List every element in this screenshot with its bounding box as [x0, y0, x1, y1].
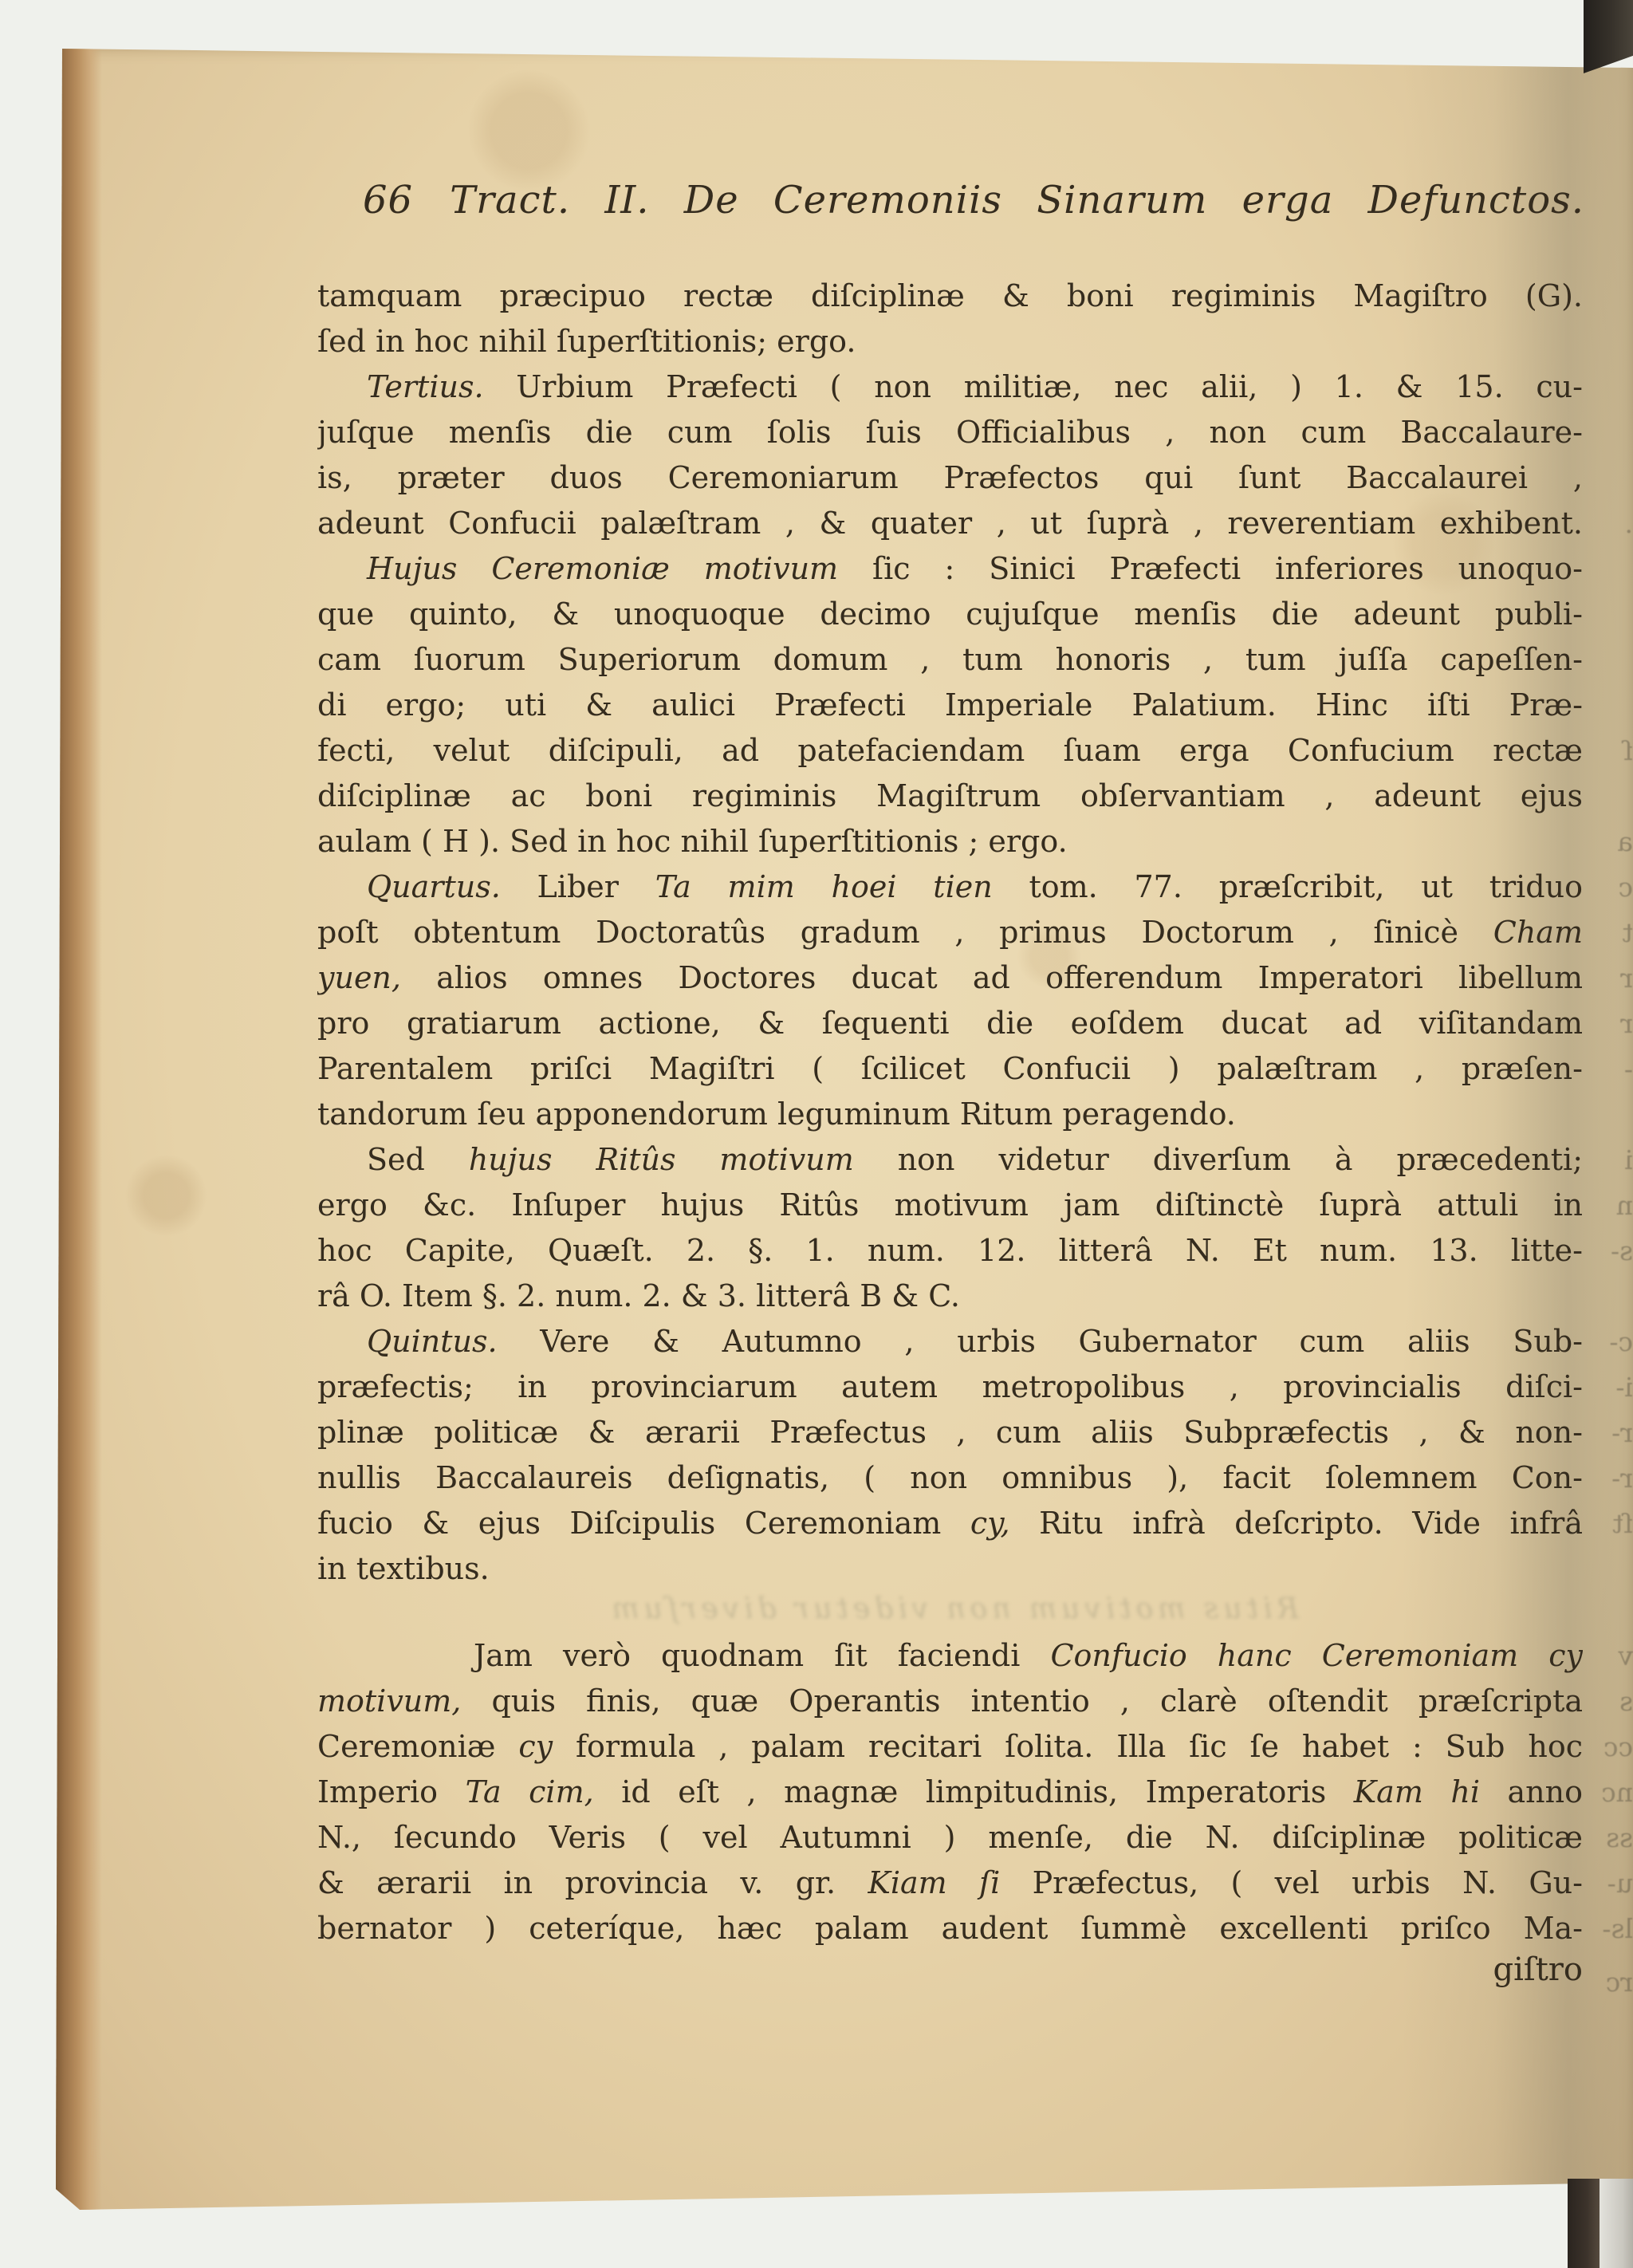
- roman-text: alios omnes Doctores ducat ad offerendum…: [401, 960, 1583, 995]
- showthrough-mark: -: [1596, 1046, 1633, 1092]
- showthrough-mark: r: [1596, 955, 1633, 1001]
- italic-text: Cham: [1493, 915, 1583, 950]
- italic-text: hujus Ritûs motivum: [469, 1142, 854, 1177]
- roman-text: poſt obtentum Doctoratûs gradum , primus…: [317, 915, 1493, 950]
- roman-text: juſque menſis die cum ſolis ſuis Officia…: [317, 415, 1583, 450]
- italic-text: Hujus Ceremoniæ motivum: [367, 551, 838, 586]
- showthrough-mark: c: [1596, 864, 1633, 910]
- running-title: Tract. II. De Ceremoniis Sinarum erga De…: [450, 178, 1584, 222]
- showthrough-mark: i-: [1596, 1364, 1633, 1410]
- roman-text: cam ſuorum Superiorum domum , tum honori…: [317, 642, 1583, 677]
- text-line: pro gratiarum actione, & ſequenti die eo…: [317, 1001, 1583, 1046]
- text-line: adeunt Confucii palæſtram , & quater , u…: [317, 501, 1583, 546]
- roman-text: Liber: [501, 869, 655, 904]
- book-page: 66 Tract. II. De Ceremoniis Sinarum erga…: [56, 44, 1633, 2217]
- text-line: râ O. Item §. 2. num. 2. & 3. litterâ B …: [317, 1274, 1583, 1319]
- roman-text: diſciplinæ ac boni regiminis Magiſtrum o…: [317, 778, 1583, 813]
- text-line: Jam verò quodnam ſit faciendi Confucio h…: [317, 1633, 1583, 1679]
- text-line: poſt obtentum Doctoratûs gradum , primus…: [317, 910, 1583, 955]
- text-line: di ergo; uti & aulici Præfecti Imperiale…: [317, 683, 1583, 728]
- roman-text: non videtur diverſum à præcedenti;: [854, 1142, 1583, 1177]
- showthrough-mark: s-: [1596, 1228, 1633, 1274]
- showthrough-mark: i: [1596, 1137, 1633, 1183]
- text-line: bernator ) ceteríque, hæc palam audent ſ…: [317, 1906, 1583, 1951]
- roman-text: anno: [1480, 1774, 1583, 1809]
- roman-text: Parentalem priſci Magiſtri ( ſcilicet Co…: [317, 1051, 1583, 1086]
- text-line: plinæ politicæ & ærarii Præfectus , cum …: [317, 1410, 1583, 1455]
- roman-text: in textibus.: [317, 1551, 490, 1586]
- text-line: Ceremoniæ cy formula , palam recitari ſo…: [317, 1724, 1583, 1770]
- roman-text: que quinto, & unoquoque decimo cujuſque …: [317, 597, 1583, 632]
- roman-text: ſic : Sinici Præfecti inferiores unoquo-: [838, 551, 1583, 586]
- showthrough-mark: a: [1596, 819, 1633, 864]
- roman-text: pro gratiarum actione, & ſequenti die eo…: [317, 1006, 1583, 1041]
- roman-text: Ceremoniæ: [317, 1729, 518, 1764]
- roman-text: nullis Baccalaureis deſignatis, ( non om…: [317, 1460, 1583, 1495]
- showthrough-mark: r-: [1596, 1455, 1633, 1501]
- roman-text: Præfectus, ( vel urbis N. Gu-: [1000, 1865, 1583, 1900]
- text-line: tandorum ſeu apponendorum leguminum Ritu…: [317, 1092, 1583, 1137]
- text-line: ſed in hoc nihil ſuperſtitionis; ergo.: [317, 319, 1583, 364]
- roman-text: aulam ( H ). Sed in hoc nihil ſuperſtiti…: [317, 824, 1068, 859]
- roman-text: & ærarii in provincia v. gr.: [317, 1865, 868, 1900]
- roman-text: tandorum ſeu apponendorum leguminum Ritu…: [317, 1097, 1236, 1132]
- italic-text: Confucio hanc Ceremoniam cy: [1050, 1638, 1583, 1673]
- book-cover-edge-bottom: [1568, 2179, 1600, 2268]
- text-line: nullis Baccalaureis deſignatis, ( non om…: [317, 1455, 1583, 1501]
- text-line: Parentalem priſci Magiſtri ( ſcilicet Co…: [317, 1046, 1583, 1092]
- roman-text: præfectis; in provinciarum autem metropo…: [317, 1369, 1583, 1404]
- roman-text: is, præter duos Ceremoniarum Præfectos q…: [317, 460, 1583, 495]
- roman-text: fecti, velut diſcipuli, ad patefaciendam…: [317, 733, 1583, 768]
- roman-text: Sed: [367, 1142, 469, 1177]
- italic-text: Quintus.: [367, 1324, 498, 1359]
- italic-text: cy: [518, 1729, 553, 1764]
- roman-text: tamquam præcipuo rectæ diſciplinæ & boni…: [317, 278, 1583, 313]
- text-line: fucio & ejus Diſcipulis Ceremoniam cy, R…: [317, 1501, 1583, 1546]
- italic-text: Ta mim hoei tien: [655, 869, 993, 904]
- text-line: hoc Capite, Quæſt. 2. §. 1. num. 12. lit…: [317, 1228, 1583, 1274]
- italic-text: motivum,: [317, 1683, 461, 1719]
- roman-text: tom. 77. præſcribit, ut triduo: [993, 869, 1583, 904]
- roman-text: Jam verò quodnam ſit faciendi: [474, 1638, 1050, 1673]
- italic-text: Kiam ſi: [868, 1865, 1000, 1900]
- text-line: is, præter duos Ceremoniarum Præfectos q…: [317, 455, 1583, 501]
- roman-text: Vere & Autumno , urbis Gubernator cum al…: [498, 1324, 1583, 1359]
- scanner-background-strip: [1600, 2179, 1633, 2268]
- showthrough-mark: v: [1596, 1633, 1633, 1679]
- italic-text: Quartus.: [367, 869, 501, 904]
- roman-text: N., ſecundo Veris ( vel Autumni ) menſe,…: [317, 1820, 1583, 1855]
- roman-text: Urbium Præfecti ( non militiæ, nec alii,…: [484, 369, 1583, 404]
- text-line: ergo &c. Inſuper hujus Ritûs motivum jam…: [317, 1183, 1583, 1228]
- roman-text: fucio & ejus Diſcipulis Ceremoniam: [317, 1506, 970, 1541]
- showthrough-mark: cc: [1596, 1724, 1633, 1770]
- text-line: aulam ( H ). Sed in hoc nihil ſuperſtiti…: [317, 819, 1583, 864]
- italic-text: yuen,: [317, 960, 401, 995]
- roman-text: plinæ politicæ & ærarii Præfectus , cum …: [317, 1415, 1583, 1450]
- text-line: fecti, velut diſcipuli, ad patefaciendam…: [317, 728, 1583, 774]
- text-line: in textibus.: [317, 1546, 1583, 1592]
- roman-text: di ergo; uti & aulici Præfecti Imperiale…: [317, 687, 1583, 723]
- showthrough-mark: r-: [1596, 1410, 1633, 1455]
- italic-text: Tertius.: [367, 369, 484, 404]
- text-line: Quintus. Vere & Autumno , urbis Gubernat…: [317, 1319, 1583, 1364]
- book-page-edges: [56, 44, 102, 2217]
- showthrough-mark: ſt: [1596, 1501, 1633, 1546]
- showthrough-mark: t: [1596, 910, 1633, 955]
- text-line: Hujus Ceremoniæ motivum ſic : Sinici Præ…: [317, 546, 1583, 592]
- text-line: Imperio Ta cim, id eſt , magnæ limpitudi…: [317, 1770, 1583, 1815]
- roman-text: ſed in hoc nihil ſuperſtitionis; ergo.: [317, 324, 856, 359]
- showthrough-mark: rc: [1596, 1959, 1633, 2005]
- scan-background: 66 Tract. II. De Ceremoniis Sinarum erga…: [0, 0, 1633, 2268]
- text-line: Quartus. Liber Ta mim hoei tien tom. 77.…: [317, 864, 1583, 910]
- roman-text: râ O. Item §. 2. num. 2. & 3. litterâ B …: [317, 1278, 960, 1313]
- roman-text: ergo &c. Inſuper hujus Ritûs motivum jam…: [317, 1187, 1583, 1223]
- roman-text: Ritu infrà deſcripto. Vide infrâ: [1010, 1506, 1583, 1541]
- showthrough-mark: c-: [1596, 1319, 1633, 1364]
- italic-text: Kam hi: [1354, 1774, 1480, 1809]
- showthrough-mark: s: [1596, 1679, 1633, 1724]
- text-line: cam ſuorum Superiorum domum , tum honori…: [317, 637, 1583, 683]
- body-text: tamquam præcipuo rectæ diſciplinæ & boni…: [317, 274, 1583, 1951]
- text-line: juſque menſis die cum ſolis ſuis Officia…: [317, 410, 1583, 455]
- text-line: & ærarii in provincia v. gr. Kiam ſi Præ…: [317, 1860, 1583, 1906]
- showthrough-mark: nc: [1596, 1770, 1633, 1815]
- showthrough-mark: r: [1596, 1001, 1633, 1046]
- text-line: motivum, quis finis, quæ Operantis inten…: [317, 1679, 1583, 1724]
- roman-text: bernator ) ceteríque, hæc palam audent ſ…: [317, 1911, 1583, 1946]
- italic-text: Ta cim,: [466, 1774, 594, 1809]
- text-line: N., ſecundo Veris ( vel Autumni ) menſe,…: [317, 1815, 1583, 1860]
- book-cover-edge-top: [1584, 0, 1633, 73]
- showthrough-mark: .: [1596, 501, 1633, 546]
- roman-text: Imperio: [317, 1774, 466, 1809]
- text-line: præfectis; in provinciarum autem metropo…: [317, 1364, 1583, 1410]
- roman-text: quis finis, quæ Operantis intentio , cla…: [461, 1683, 1583, 1719]
- running-header: 66 Tract. II. De Ceremoniis Sinarum erga…: [363, 178, 1584, 222]
- showthrough-mark: n: [1596, 1183, 1633, 1228]
- text-line: tamquam præcipuo rectæ diſciplinæ & boni…: [317, 274, 1583, 319]
- catchword: giſtro: [317, 1951, 1583, 1988]
- roman-text: hoc Capite, Quæſt. 2. §. 1. num. 12. lit…: [317, 1233, 1583, 1268]
- text-line: Tertius. Urbium Præfecti ( non militiæ, …: [317, 364, 1583, 410]
- showthrough-text: Ritus motivum non videtur diverſum: [439, 1593, 1467, 1634]
- showthrough-mark: ss: [1596, 1815, 1633, 1860]
- showthrough-mark: ls-: [1596, 1906, 1633, 1951]
- italic-text: cy,: [970, 1506, 1010, 1541]
- roman-text: adeunt Confucii palæſtram , & quater , u…: [317, 506, 1583, 541]
- showthrough-mark: u-: [1596, 1860, 1633, 1906]
- text-line: que quinto, & unoquoque decimo cujuſque …: [317, 592, 1583, 637]
- text-line: diſciplinæ ac boni regiminis Magiſtrum o…: [317, 774, 1583, 819]
- roman-text: formula , palam recitari ſolita. Illa ſi…: [553, 1729, 1583, 1764]
- page-number: 66: [363, 178, 413, 222]
- showthrough-mark: ſ: [1596, 728, 1633, 774]
- text-line: Sed hujus Ritûs motivum non videtur dive…: [317, 1137, 1583, 1183]
- text-line: yuen, alios omnes Doctores ducat ad offe…: [317, 955, 1583, 1001]
- roman-text: id eſt , magnæ limpitudinis, Imperatoris: [594, 1774, 1354, 1809]
